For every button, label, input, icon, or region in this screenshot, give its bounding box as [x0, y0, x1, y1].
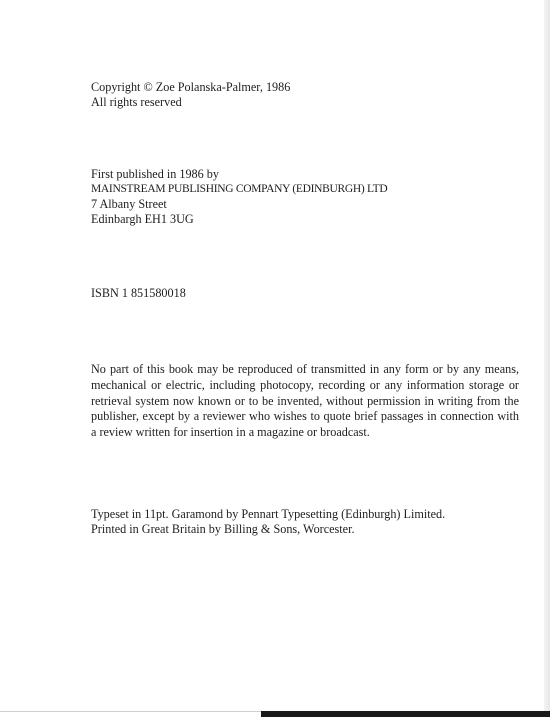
- isbn-number: ISBN 1 851580018: [91, 286, 186, 301]
- typeset-line: Typeset in 11pt. Garamond by Pennart Typ…: [91, 507, 445, 522]
- rights-notice-text: No part of this book may be reproduced o…: [91, 362, 519, 441]
- copyright-line: Copyright © Zoe Polanska-Palmer, 1986: [91, 80, 290, 95]
- page-edge-shadow: [544, 0, 550, 712]
- copyright-page: Copyright © Zoe Polanska-Palmer, 1986 Al…: [0, 0, 550, 717]
- printed-line: Printed in Great Britain by Billing & So…: [91, 522, 445, 537]
- first-published-line: First published in 1986 by: [91, 167, 387, 182]
- rights-notice: No part of this book may be reproduced o…: [91, 362, 519, 441]
- printing-info: Typeset in 11pt. Garamond by Pennart Typ…: [91, 507, 445, 537]
- copyright-notice: Copyright © Zoe Polanska-Palmer, 1986 Al…: [91, 80, 290, 110]
- publisher-city: Edinbargh EH1 3UG: [91, 212, 387, 227]
- scan-border-bar: [261, 711, 550, 717]
- publisher-street: 7 Albany Street: [91, 197, 387, 212]
- publisher-info: First published in 1986 by MAINSTREAM PU…: [91, 167, 387, 227]
- publisher-name: MAINSTREAM PUBLISHING COMPANY (EDINBURGH…: [91, 182, 387, 197]
- rights-reserved-line: All rights reserved: [91, 95, 290, 110]
- isbn: ISBN 1 851580018: [91, 286, 186, 301]
- page-bottom-edge: [0, 711, 262, 712]
